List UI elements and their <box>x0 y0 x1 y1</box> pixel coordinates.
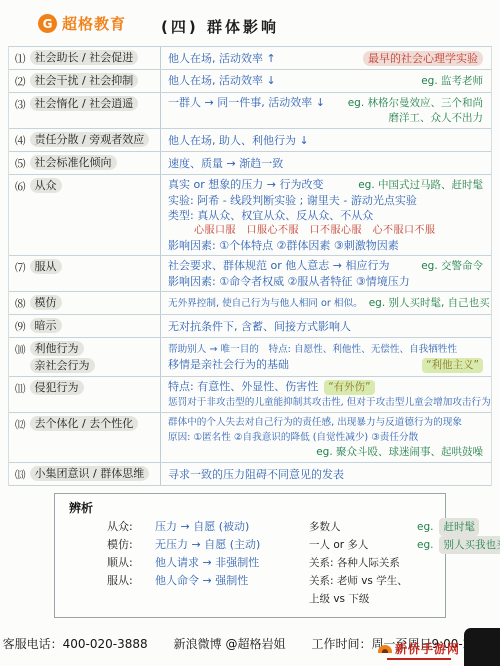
analysis-term: 从众: <box>107 518 149 536</box>
row-label: 模仿 <box>30 295 62 310</box>
row-label-cell: ⑻模仿 <box>9 292 161 314</box>
row-label: 服从 <box>30 259 62 274</box>
watermark-text: 新侨手游网 <box>395 640 460 657</box>
row-number: ⑿ <box>15 416 26 432</box>
table-row: ⑴社会助长 / 社会促进他人在场, 活动效率 ↑最早的社会心理学实验 <box>9 47 491 70</box>
footer-weibo: 新浪微博 @超格岩姐 <box>174 635 286 652</box>
note-text: 一群人 → 同一件事, 活动效率 ↓ <box>168 95 325 110</box>
row-labels: 利他行为亲社会行为 <box>30 341 95 373</box>
note-text: 特点: 有意性、外显性、伤害性 <box>168 379 318 394</box>
analysis-scope: 一人 or 多人 <box>309 536 411 554</box>
note-text: 心服口服 口服心不服 口不服心服 心不服口不服 <box>194 223 436 238</box>
note-text: eg. 林格尔曼效应、三个和尚 <box>348 96 483 111</box>
row-label-cell: ⒀小集团意识 / 群体思维 <box>9 463 161 485</box>
row-content: 群体中的个人失去对自己行为的责任感, 出现暴力与反道德行为的现象原因: ①匿名性… <box>161 413 491 462</box>
page-title: (四) 群体影响 <box>0 16 440 37</box>
content-line: 移情是亲社会行为的基础“利他主义” <box>168 357 483 373</box>
row-number: ⑸ <box>15 155 26 171</box>
row-labels: 侵犯行为 <box>30 380 84 395</box>
row-number: ⑺ <box>15 259 26 275</box>
note-text: 寻求一致的压力阻碍不同意见的发表 <box>168 467 344 482</box>
row-label: 利他行为 <box>30 341 84 356</box>
row-label: 亲社会行为 <box>30 358 95 373</box>
footer-phone: 客服电话：400-020-3888 <box>3 635 148 652</box>
row-labels: 责任分散 / 旁观者效应 <box>30 132 150 147</box>
analysis-comparison: 他人命令 → 强制性 <box>155 572 303 590</box>
note-text: eg. 聚众斗殴、球迷闹事、起哄鼓噪 <box>316 445 483 460</box>
note-text: 速度、质量 → 渐趋一致 <box>168 156 283 171</box>
content-line: 类型: 真从众、权宜从众、反从众、不从众 <box>168 208 483 223</box>
content-line: 影响因素: ①命令者权威 ②服从者特征 ③情境压力 <box>168 274 483 289</box>
analysis-eg-example: 赶时髦 <box>439 518 479 536</box>
table-row: ⑷责任分散 / 旁观者效应他人在场, 助人、利他行为 ↓ <box>9 129 491 152</box>
row-number: ⑼ <box>15 318 26 334</box>
analysis-scope: 关系: 老师 vs 学生、上级 vs 下级 <box>309 572 411 608</box>
table-row: ⑶社会惰化 / 社会逍遥一群人 → 同一件事, 活动效率 ↓eg. 林格尔曼效应… <box>9 93 491 129</box>
row-content: 无对抗条件下, 含蓄、间接方式影响人 <box>161 315 491 337</box>
row-label-cell: ⑸社会标准化倾向 <box>9 152 161 174</box>
row-labels: 暗示 <box>30 318 62 333</box>
row-label-cell: ⑴社会助长 / 社会促进 <box>9 47 161 69</box>
row-label-cell: ⑾侵犯行为 <box>9 377 161 412</box>
row-content: 一群人 → 同一件事, 活动效率 ↓eg. 林格尔曼效应、三个和尚磨洋工、众人不… <box>161 93 491 128</box>
note-text: 帮助别人 → 唯一目的 特点: 自愿性、利他性、无偿性、自我牺牲性 <box>168 342 457 357</box>
analysis-eg-example: 别人买我也买 <box>439 536 500 554</box>
content-line: 磨洋工、众人不出力 <box>168 111 483 126</box>
analysis-row: 模仿:无压力 → 自愿 (主动)一人 or 多人eg.别人买我也买 <box>69 536 435 554</box>
table-row: ⑺服从社会要求、群体规范 or 他人意志 → 相应行为eg. 交警命令影响因素:… <box>9 256 491 292</box>
row-content: 他人在场, 活动效率 ↓eg. 监考老师 <box>161 70 491 92</box>
row-labels: 小集团意识 / 群体思维 <box>30 466 150 481</box>
watermark: 新侨手游网 <box>378 628 500 666</box>
note-text: 最早的社会心理学实验 <box>363 51 483 66</box>
row-content: 寻求一致的压力阻碍不同意见的发表 <box>161 463 491 485</box>
row-label: 社会标准化倾向 <box>30 155 117 170</box>
note-text: 实验: 阿希 - 线段判断实验 ; 谢里夫 - 游动光点实验 <box>168 193 417 208</box>
note-text: eg. 交警命令 <box>421 259 483 274</box>
content-line: 速度、质量 → 渐趋一致 <box>168 156 483 171</box>
analysis-eg-label: eg. <box>417 518 433 536</box>
note-text: 无外界控制, 使自己行为与他人相同 or 相似。 <box>168 296 363 311</box>
table-row: ⑽利他行为亲社会行为帮助别人 → 唯一目的 特点: 自愿性、利他性、无偿性、自我… <box>9 338 491 377</box>
row-labels: 社会标准化倾向 <box>30 155 117 170</box>
analysis-scope: 关系: 各种人际关系 <box>309 554 411 572</box>
content-line: 影响因素: ①个体特点 ②群体因素 ③刺激物因素 <box>168 238 483 253</box>
note-text: 移情是亲社会行为的基础 <box>168 357 289 372</box>
row-label: 从众 <box>30 178 62 193</box>
note-text: 惩罚对于非攻击型的儿童能抑制其攻击性, 但对于攻击型儿童会增加攻击行为 <box>168 395 491 410</box>
analysis-title: 辨析 <box>69 499 435 516</box>
analysis-term: 服从: <box>107 572 149 590</box>
row-content: 帮助别人 → 唯一目的 特点: 自愿性、利他性、无偿性、自我牺牲性移情是亲社会行… <box>161 338 491 376</box>
row-content: 他人在场, 活动效率 ↑最早的社会心理学实验 <box>161 47 491 69</box>
row-number: ⑾ <box>15 380 26 396</box>
content-line: 无对抗条件下, 含蓄、间接方式影响人 <box>168 319 483 334</box>
note-text: 他人在场, 助人、利他行为 ↓ <box>168 133 309 148</box>
row-content: 无外界控制, 使自己行为与他人相同 or 相似。eg. 别人买时髦, 自己也买 <box>161 292 498 314</box>
watermark-black-block <box>464 628 500 666</box>
row-label-cell: ⑶社会惰化 / 社会逍遥 <box>9 93 161 128</box>
content-line: 他人在场, 活动效率 ↑最早的社会心理学实验 <box>168 51 483 66</box>
row-label-cell: ⑹从众 <box>9 175 161 255</box>
row-label: 社会惰化 / 社会逍遥 <box>30 96 139 111</box>
row-content: 特点: 有意性、外显性、伤害性“有外伤”惩罚对于非攻击型的儿童能抑制其攻击性, … <box>161 377 499 412</box>
row-label-cell: ⑽利他行为亲社会行为 <box>9 338 161 376</box>
content-line: 心服口服 口服心不服 口不服心服 心不服口不服 <box>168 223 483 238</box>
row-content: 速度、质量 → 渐趋一致 <box>161 152 491 174</box>
table-row: ⑾侵犯行为特点: 有意性、外显性、伤害性“有外伤”惩罚对于非攻击型的儿童能抑制其… <box>9 377 491 413</box>
row-labels: 模仿 <box>30 295 62 310</box>
row-number: ⑴ <box>15 50 26 66</box>
row-label: 去个体化 / 去个性化 <box>30 416 139 431</box>
content-line: 实验: 阿希 - 线段判断实验 ; 谢里夫 - 游动光点实验 <box>168 193 483 208</box>
row-labels: 社会干扰 / 社会抑制 <box>30 73 139 88</box>
analysis-comparison: 压力 → 自愿 (被动) <box>155 518 303 536</box>
row-label: 社会助长 / 社会促进 <box>30 50 139 65</box>
analysis-rows: 从众:压力 → 自愿 (被动)多数人eg.赶时髦模仿:无压力 → 自愿 (主动)… <box>69 518 435 608</box>
table-row: ⑻模仿无外界控制, 使自己行为与他人相同 or 相似。eg. 别人买时髦, 自己… <box>9 292 491 315</box>
content-line: 原因: ①匿名性 ②自我意识的降低 (自觉性减少) ③责任分散 <box>168 430 483 445</box>
analysis-row: 顺从:他人请求 → 非强制性关系: 各种人际关系 <box>69 554 435 572</box>
analysis-eg-label: eg. <box>417 536 433 554</box>
table-row: ⑵社会干扰 / 社会抑制他人在场, 活动效率 ↓eg. 监考老师 <box>9 70 491 93</box>
row-content: 真实 or 想象的压力 → 行为改变eg. 中国式过马路、赶时髦实验: 阿希 -… <box>161 175 491 255</box>
content-line: 真实 or 想象的压力 → 行为改变eg. 中国式过马路、赶时髦 <box>168 177 483 193</box>
content-line: 惩罚对于非攻击型的儿童能抑制其攻击性, 但对于攻击型儿童会增加攻击行为 <box>168 395 491 410</box>
notes-page: G 超格教育 (四) 群体影响 ⑴社会助长 / 社会促进他人在场, 活动效率 ↑… <box>0 0 500 666</box>
page-header: G 超格教育 (四) 群体影响 <box>0 0 500 46</box>
table-row: ⑸社会标准化倾向速度、质量 → 渐趋一致 <box>9 152 491 175</box>
row-label: 暗示 <box>30 318 62 333</box>
note-text: 类型: 真从众、权宜从众、反从众、不从众 <box>168 208 373 223</box>
note-text: eg. 中国式过马路、赶时髦 <box>358 178 483 193</box>
row-number: ⒀ <box>15 466 26 482</box>
note-text: 他人在场, 活动效率 ↑ <box>168 51 276 66</box>
row-labels: 社会助长 / 社会促进 <box>30 50 139 65</box>
row-label-cell: ⑵社会干扰 / 社会抑制 <box>9 70 161 92</box>
table-row: ⒀小集团意识 / 群体思维寻求一致的压力阻碍不同意见的发表 <box>9 463 491 486</box>
row-label-cell: ⑺服从 <box>9 256 161 291</box>
content-line: 他人在场, 助人、利他行为 ↓ <box>168 133 483 148</box>
note-text: 真实 or 想象的压力 → 行为改变 <box>168 177 323 192</box>
row-number: ⑽ <box>15 341 26 357</box>
row-number: ⑹ <box>15 178 26 194</box>
row-number: ⑶ <box>15 96 26 112</box>
row-label-cell: ⑷责任分散 / 旁观者效应 <box>9 129 161 151</box>
row-number: ⑻ <box>15 295 26 311</box>
analysis-term: 模仿: <box>107 536 149 554</box>
content-line: 社会要求、群体规范 or 他人意志 → 相应行为eg. 交警命令 <box>168 258 483 274</box>
row-labels: 从众 <box>30 178 62 193</box>
content-line: 寻求一致的压力阻碍不同意见的发表 <box>168 467 483 482</box>
analysis-term: 顺从: <box>107 554 149 572</box>
note-text: eg. 监考老师 <box>421 74 483 89</box>
analysis-comparison: 他人请求 → 非强制性 <box>155 554 303 572</box>
notes-table: ⑴社会助长 / 社会促进他人在场, 活动效率 ↑最早的社会心理学实验⑵社会干扰 … <box>8 46 492 486</box>
watermark-logo: 新侨手游网 <box>378 640 460 660</box>
note-text: 磨洋工、众人不出力 <box>389 111 484 126</box>
content-line: 一群人 → 同一件事, 活动效率 ↓eg. 林格尔曼效应、三个和尚 <box>168 95 483 111</box>
note-text: 原因: ①匿名性 ②自我意识的降低 (自觉性减少) ③责任分散 <box>168 430 418 445</box>
watermark-arc-icon <box>378 645 392 653</box>
row-labels: 服从 <box>30 259 62 274</box>
note-text: 影响因素: ①命令者权威 ②服从者特征 ③情境压力 <box>168 274 410 289</box>
note-text: “利他主义” <box>422 358 483 373</box>
note-text: eg. 别人买时髦, 自己也买 <box>369 296 490 311</box>
note-text: “有外伤” <box>324 380 374 395</box>
table-row: ⑹从众真实 or 想象的压力 → 行为改变eg. 中国式过马路、赶时髦实验: 阿… <box>9 175 491 256</box>
row-content: 社会要求、群体规范 or 他人意志 → 相应行为eg. 交警命令影响因素: ①命… <box>161 256 491 291</box>
analysis-row: 服从:他人命令 → 强制性关系: 老师 vs 学生、上级 vs 下级 <box>69 572 435 608</box>
row-label: 责任分散 / 旁观者效应 <box>30 132 150 147</box>
content-line: 他人在场, 活动效率 ↓eg. 监考老师 <box>168 73 483 89</box>
table-row: ⑼暗示无对抗条件下, 含蓄、间接方式影响人 <box>9 315 491 338</box>
row-label: 社会干扰 / 社会抑制 <box>30 73 139 88</box>
analysis-comparison: 无压力 → 自愿 (主动) <box>155 536 303 554</box>
analysis-scope: 多数人 <box>309 518 411 536</box>
row-labels: 社会惰化 / 社会逍遥 <box>30 96 139 111</box>
content-line: eg. 聚众斗殴、球迷闹事、起哄鼓噪 <box>168 445 483 460</box>
row-labels: 去个体化 / 去个性化 <box>30 416 139 431</box>
content-line: 群体中的个人失去对自己行为的责任感, 出现暴力与反道德行为的现象 <box>168 415 483 430</box>
table-row: ⑿去个体化 / 去个性化群体中的个人失去对自己行为的责任感, 出现暴力与反道德行… <box>9 413 491 463</box>
row-number: ⑵ <box>15 73 26 89</box>
note-text: 群体中的个人失去对自己行为的责任感, 出现暴力与反道德行为的现象 <box>168 415 462 430</box>
note-text: 无对抗条件下, 含蓄、间接方式影响人 <box>168 319 351 334</box>
row-label-cell: ⑿去个体化 / 去个性化 <box>9 413 161 462</box>
content-line: 帮助别人 → 唯一目的 特点: 自愿性、利他性、无偿性、自我牺牲性 <box>168 342 483 357</box>
note-text: 社会要求、群体规范 or 他人意志 → 相应行为 <box>168 258 389 273</box>
row-label: 侵犯行为 <box>30 380 84 395</box>
row-number: ⑷ <box>15 132 26 148</box>
analysis-box: 辨析 从众:压力 → 自愿 (被动)多数人eg.赶时髦模仿:无压力 → 自愿 (… <box>54 493 446 618</box>
content-line: 无外界控制, 使自己行为与他人相同 or 相似。eg. 别人买时髦, 自己也买 <box>168 296 490 311</box>
row-label: 小集团意识 / 群体思维 <box>30 466 150 481</box>
row-content: 他人在场, 助人、利他行为 ↓ <box>161 129 491 151</box>
content-line: 特点: 有意性、外显性、伤害性“有外伤” <box>168 379 491 395</box>
note-text: 影响因素: ①个体特点 ②群体因素 ③刺激物因素 <box>168 238 399 253</box>
watermark-underline <box>387 658 451 660</box>
row-label-cell: ⑼暗示 <box>9 315 161 337</box>
analysis-row: 从众:压力 → 自愿 (被动)多数人eg.赶时髦 <box>69 518 435 536</box>
note-text: 他人在场, 活动效率 ↓ <box>168 73 276 88</box>
